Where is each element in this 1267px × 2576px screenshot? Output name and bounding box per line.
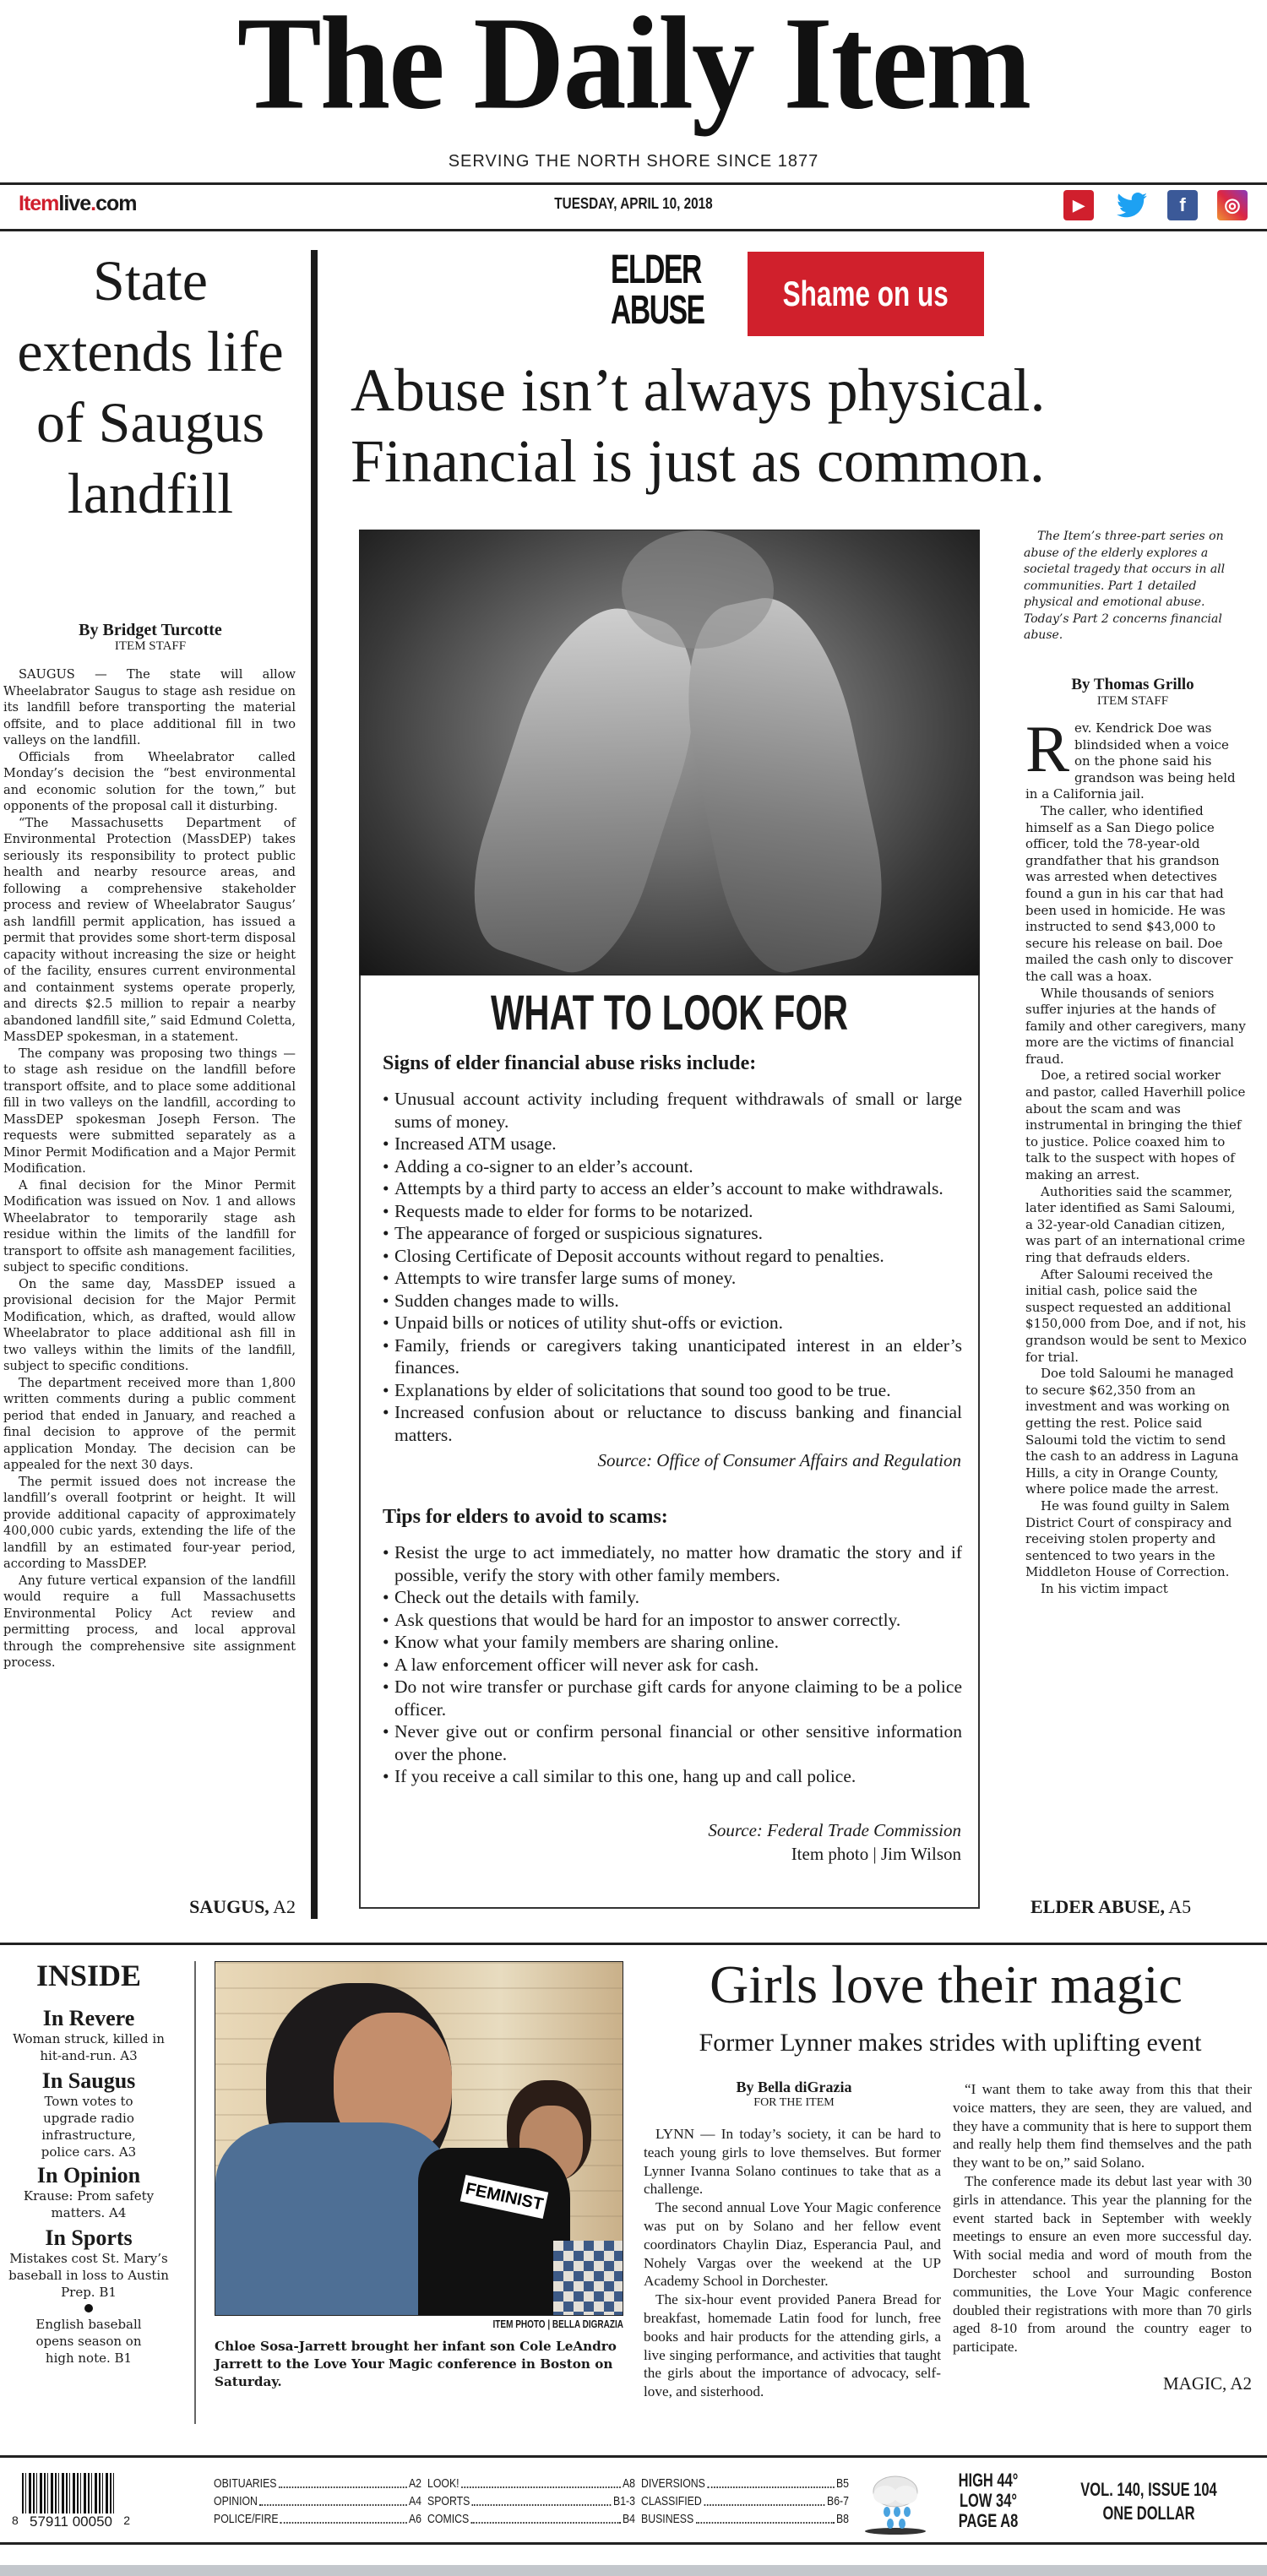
index-label: POLICE/FIRE: [214, 2510, 279, 2528]
series-note-text: The Item’s three-part series on abuse of…: [1024, 529, 1242, 644]
inside-heading: In Opinion: [0, 2164, 177, 2187]
list-item: Family, friends or caregivers taking una…: [383, 1334, 962, 1379]
photo-child-shirt: [418, 2148, 570, 2316]
paragraph: Doe told Saloumi he managed to secure $6…: [1025, 1366, 1247, 1498]
leader-dots: [704, 2492, 824, 2506]
inside-heading: In Sports: [0, 2226, 177, 2250]
tips-list: Resist the urge to act immediately, no m…: [383, 1541, 962, 1788]
left-story-body: SAUGUS — The state will allow Wheelabrat…: [3, 666, 296, 1671]
right-story-byline: By Thomas Grillo ITEM STAFF: [1024, 676, 1242, 708]
index-item[interactable]: BUSINESSB8: [641, 2510, 849, 2528]
paragraph: On the same day, MassDEP issued a provis…: [3, 1276, 296, 1375]
paragraph: In his victim impact: [1025, 1581, 1247, 1598]
barcode-digits: 57911 00050: [30, 2514, 112, 2530]
elder-abuse-kicker: ELDER ABUSE: [611, 250, 699, 331]
weather-page: PAGE A8: [954, 2511, 1024, 2531]
issue-info: VOL. 140, ISSUE 104 ONE DOLLAR: [1079, 2478, 1219, 2525]
index-column-1: OBITUARIESA2 OPINIONA4 POLICE/FIREA6: [214, 2475, 421, 2528]
index-label: DIVERSIONS: [641, 2475, 705, 2492]
list-item: A law enforcement officer will never ask…: [383, 1654, 962, 1677]
what-to-look-for-box: WHAT TO LOOK FOR Signs of elder financia…: [359, 976, 980, 1909]
price: ONE DOLLAR: [1079, 2502, 1219, 2525]
photo-caption: Chloe Sosa-Jarrett brought her infant so…: [215, 2338, 625, 2391]
shame-on-us-badge: Shame on us: [748, 252, 984, 336]
inside-text: English baseball opens season on high no…: [0, 2316, 177, 2367]
leader-dots: [471, 2510, 621, 2524]
index-page: B1-3: [613, 2492, 635, 2510]
love-your-magic-photo: FEMINIST: [215, 1961, 623, 2316]
list-item: Resist the urge to act immediately, no m…: [383, 1541, 962, 1586]
paragraph: Any future vertical expansion of the lan…: [3, 1573, 296, 1671]
list-item: Attempts by a third party to access an e…: [383, 1177, 962, 1200]
inside-title: INSIDE: [0, 1958, 177, 1993]
paragraph: The conference made its debut last year …: [953, 2172, 1252, 2356]
column-divider: [194, 1961, 196, 2424]
headline-line: Financial is just as common.: [351, 426, 1246, 497]
badge-label: Shame on us: [783, 274, 949, 314]
paragraph: The caller, who identified himself as a …: [1025, 803, 1247, 986]
paragraph: LYNN — In today’s society, it can be har…: [644, 2125, 941, 2198]
footer-divider: [0, 2455, 1267, 2458]
paragraph: Doe, a retired social worker and pastor,…: [1025, 1068, 1247, 1183]
photo-credit: Item photo | Jim Wilson: [454, 1844, 961, 1865]
facebook-glyph: f: [1179, 194, 1185, 216]
facebook-icon[interactable]: f: [1167, 190, 1198, 220]
index-item[interactable]: OPINIONA4: [214, 2492, 421, 2510]
leader-dots: [472, 2492, 612, 2506]
index-label: OPINION: [214, 2492, 258, 2510]
barcode-number: 8 57911 00050 2: [12, 2514, 130, 2530]
bullet-divider: [84, 2304, 93, 2312]
index-label: COMICS: [427, 2510, 469, 2528]
inside-item-revere[interactable]: In Revere Woman struck, killed in hit-an…: [0, 2007, 177, 2064]
paragraph: “I want them to take away from this that…: [953, 2080, 1252, 2172]
site-link-item: Item: [19, 192, 58, 215]
youtube-glyph: ▶: [1073, 197, 1085, 215]
byline-name: By Thomas Grillo: [1024, 676, 1242, 694]
footer-divider: [0, 2542, 1267, 2545]
list-item: The appearance of forged or suspicious s…: [383, 1222, 962, 1245]
paragraph: The permit issued does not increase the …: [3, 1474, 296, 1573]
index-label: LOOK!: [427, 2475, 459, 2492]
magic-byline: By Bella diGrazia FOR THE ITEM: [642, 2078, 946, 2110]
index-item[interactable]: POLICE/FIREA6: [214, 2510, 421, 2528]
paragraph: Officials from Wheelabrator called Monda…: [3, 749, 296, 815]
series-note: The Item’s three-part series on abuse of…: [1024, 529, 1242, 644]
paragraph: Authorities said the scammer, later iden…: [1025, 1184, 1247, 1267]
volume-issue: VOL. 140, ISSUE 104: [1079, 2478, 1219, 2502]
inside-text: Town votes to upgrade radio infrastructu…: [0, 2093, 177, 2160]
byline-name: By Bella diGrazia: [642, 2078, 946, 2096]
photo-head: [622, 530, 774, 649]
list-item: Unusual account activity including frequ…: [383, 1088, 962, 1133]
barcode-digit: 8: [12, 2514, 19, 2530]
paragraph: After Saloumi received the initial cash,…: [1025, 1267, 1247, 1367]
paragraph: The second annual Love Your Magic confer…: [644, 2198, 941, 2291]
column-divider: [311, 250, 318, 1919]
index-item[interactable]: CLASSIFIEDB6-7: [641, 2492, 849, 2510]
rain-cloud-icon: [862, 2468, 929, 2535]
right-story-jump[interactable]: ELDER ABUSE, A5: [1030, 1896, 1221, 1918]
kicker-line: ABUSE: [611, 291, 699, 331]
index-page: B4: [623, 2510, 635, 2528]
list-item: Increased ATM usage.: [383, 1133, 962, 1155]
magic-headline[interactable]: Girls love their magic: [650, 1953, 1242, 2017]
paragraph: A final decision for the Minor Permit Mo…: [3, 1177, 296, 1276]
jump-page: A5: [1165, 1896, 1191, 1917]
signs-list: Unusual account activity including frequ…: [383, 1088, 962, 1446]
masthead: The Daily Item: [0, 0, 1267, 127]
page-bottom-bar: [0, 2565, 1267, 2576]
tips-source: Source: Federal Trade Commission: [454, 1820, 961, 1841]
magic-column-2: “I want them to take away from this that…: [953, 2080, 1252, 2356]
barcode-digit: 2: [123, 2514, 130, 2530]
list-item: Attempts to wire transfer large sums of …: [383, 1267, 962, 1290]
inside-text: Krause: Prom safety matters. A4: [0, 2187, 177, 2221]
byline-name: By Bridget Turcotte: [7, 621, 294, 639]
list-item: Requests made to elder for forms to be n…: [383, 1200, 962, 1223]
signs-heading: Signs of elder financial abuse risks inc…: [383, 1052, 756, 1075]
magic-subhead: Former Lynner makes strides with uplifti…: [650, 2029, 1250, 2057]
index-label: SPORTS: [427, 2492, 470, 2510]
byline-affiliation: ITEM STAFF: [1024, 694, 1242, 708]
leader-dots: [259, 2492, 406, 2506]
inside-text: Woman struck, killed in hit-and-run. A3: [0, 2030, 177, 2064]
index-column-3: DIVERSIONSB5 CLASSIFIEDB6-7 BUSINESSB8: [641, 2475, 849, 2528]
photo-credit: ITEM PHOTO | BELLA DIGRAZIA: [296, 2318, 623, 2330]
photo-denim-shirt: [215, 2122, 452, 2316]
paragraph: SAUGUS — The state will allow Wheelabrat…: [3, 666, 296, 749]
list-item: Adding a co-signer to an elder’s account…: [383, 1155, 962, 1178]
leader-dots: [707, 2475, 834, 2488]
barcode: [22, 2473, 115, 2514]
index-item[interactable]: COMICSB4: [427, 2510, 635, 2528]
paragraph: “The Massachusetts Department of Environ…: [3, 815, 296, 1046]
index-page: A4: [409, 2492, 421, 2510]
inside-item-sports[interactable]: In Sports Mistakes cost St. Mary’s baseb…: [0, 2226, 177, 2367]
jump-section: ELDER ABUSE,: [1030, 1896, 1165, 1917]
youtube-icon[interactable]: ▶: [1063, 190, 1094, 220]
paragraph: He was found guilty in Salem District Co…: [1025, 1498, 1247, 1581]
inside-heading: In Saugus: [0, 2069, 177, 2093]
index-column-2: LOOK!A8 SPORTSB1-3 COMICSB4: [427, 2475, 635, 2528]
leader-dots: [280, 2510, 406, 2524]
index-item[interactable]: LOOK!A8: [427, 2475, 635, 2492]
jump-section: SAUGUS,: [189, 1896, 269, 1917]
index-label: BUSINESS: [641, 2510, 693, 2528]
index-page: B8: [836, 2510, 849, 2528]
issue-date: TUESDAY, APRIL 10, 2018: [95, 195, 1172, 213]
leader-dots: [461, 2475, 620, 2488]
left-story-jump[interactable]: SAUGUS, A2: [8, 1896, 296, 1918]
magic-jump[interactable]: MAGIC, A2: [1014, 2373, 1252, 2394]
leader-dots: [696, 2510, 835, 2524]
headline-line: Abuse isn’t always physical.: [351, 355, 1246, 426]
index-item[interactable]: OBITUARIESA2: [214, 2475, 421, 2492]
tagline: SERVING THE NORTH SHORE SINCE 1877: [0, 152, 1267, 171]
paragraph: While thousands of seniors suffer injuri…: [1025, 986, 1247, 1068]
jump-page: A2: [269, 1896, 296, 1917]
elder-hands-photo: [359, 530, 980, 976]
leader-dots: [279, 2475, 407, 2488]
kicker-line: ELDER: [611, 250, 699, 291]
newspaper-title: The Daily Item: [0, 0, 1267, 130]
index-label: OBITUARIES: [214, 2475, 277, 2492]
list-item: Know what your family members are sharin…: [383, 1631, 962, 1654]
inside-item-saugus[interactable]: In Saugus Town votes to upgrade radio in…: [0, 2069, 177, 2160]
list-item: If you receive a call similar to this on…: [383, 1765, 962, 1788]
low-temp: LOW 34°: [954, 2491, 1024, 2511]
byline-affiliation: ITEM STAFF: [7, 639, 294, 653]
high-temp: HIGH 44°: [954, 2470, 1024, 2491]
index-page: B5: [836, 2475, 849, 2492]
list-item: Explanations by elder of solicitations t…: [383, 1379, 962, 1402]
inside-heading: In Revere: [0, 2007, 177, 2030]
index-page: B6-7: [827, 2492, 849, 2510]
divider: [0, 229, 1267, 231]
tips-heading: Tips for elders to avoid to scams:: [383, 1506, 668, 1529]
navbar: Itemlive.com TUESDAY, APRIL 10, 2018 ▶ f…: [0, 185, 1267, 229]
index-item[interactable]: SPORTSB1-3: [427, 2492, 635, 2510]
weather-svg: [862, 2468, 929, 2535]
list-item: Check out the details with family.: [383, 1586, 962, 1609]
left-story-byline: By Bridget Turcotte ITEM STAFF: [7, 621, 294, 653]
twitter-icon[interactable]: [1117, 190, 1147, 220]
left-story-headline[interactable]: State extends life of Saugus landfill: [7, 245, 294, 529]
signs-source: Source: Office of Consumer Affairs and R…: [454, 1450, 961, 1471]
index-page: A8: [623, 2475, 635, 2492]
inside-item-opinion[interactable]: In Opinion Krause: Prom safety matters. …: [0, 2164, 177, 2221]
box-title: WHAT TO LOOK FOR: [447, 988, 891, 1039]
instagram-icon[interactable]: ◎: [1217, 190, 1248, 220]
twitter-bird-icon: [1117, 193, 1147, 218]
photo-floor: [553, 2241, 623, 2316]
index-page: A2: [409, 2475, 421, 2492]
instagram-glyph: ◎: [1224, 194, 1240, 216]
paragraph: The six-hour event provided Panera Bread…: [644, 2291, 941, 2401]
paragraph: The department received more than 1,800 …: [3, 1375, 296, 1474]
magic-column-1: LYNN — In today’s society, it can be har…: [644, 2125, 941, 2401]
paragraph: The company was proposing two things — t…: [3, 1046, 296, 1177]
list-item: Do not wire transfer or purchase gift ca…: [383, 1676, 962, 1720]
site-link-live: live: [58, 192, 90, 215]
list-item: Sudden changes made to wills.: [383, 1290, 962, 1312]
inside-text: Mistakes cost St. Mary’s baseball in los…: [0, 2250, 177, 2301]
right-story-body: Rev. Kendrick Doe was blindsided when a …: [1025, 720, 1247, 1597]
list-item: Increased confusion about or reluctance …: [383, 1401, 962, 1446]
list-item: Closing Certificate of Deposit accounts …: [383, 1245, 962, 1268]
index-page: A6: [409, 2510, 421, 2528]
index-item[interactable]: DIVERSIONSB5: [641, 2475, 849, 2492]
list-item: Never give out or confirm personal finan…: [383, 1720, 962, 1765]
index-label: CLASSIFIED: [641, 2492, 702, 2510]
feature-headline[interactable]: Abuse isn’t always physical. Financial i…: [351, 355, 1246, 497]
list-item: Unpaid bills or notices of utility shut-…: [383, 1312, 962, 1334]
section-divider: [0, 1943, 1267, 1945]
drop-cap: R: [1025, 724, 1069, 774]
list-item: Ask questions that would be hard for an …: [383, 1609, 962, 1632]
byline-affiliation: FOR THE ITEM: [642, 2096, 946, 2110]
weather-forecast[interactable]: HIGH 44° LOW 34° PAGE A8: [954, 2470, 1024, 2531]
